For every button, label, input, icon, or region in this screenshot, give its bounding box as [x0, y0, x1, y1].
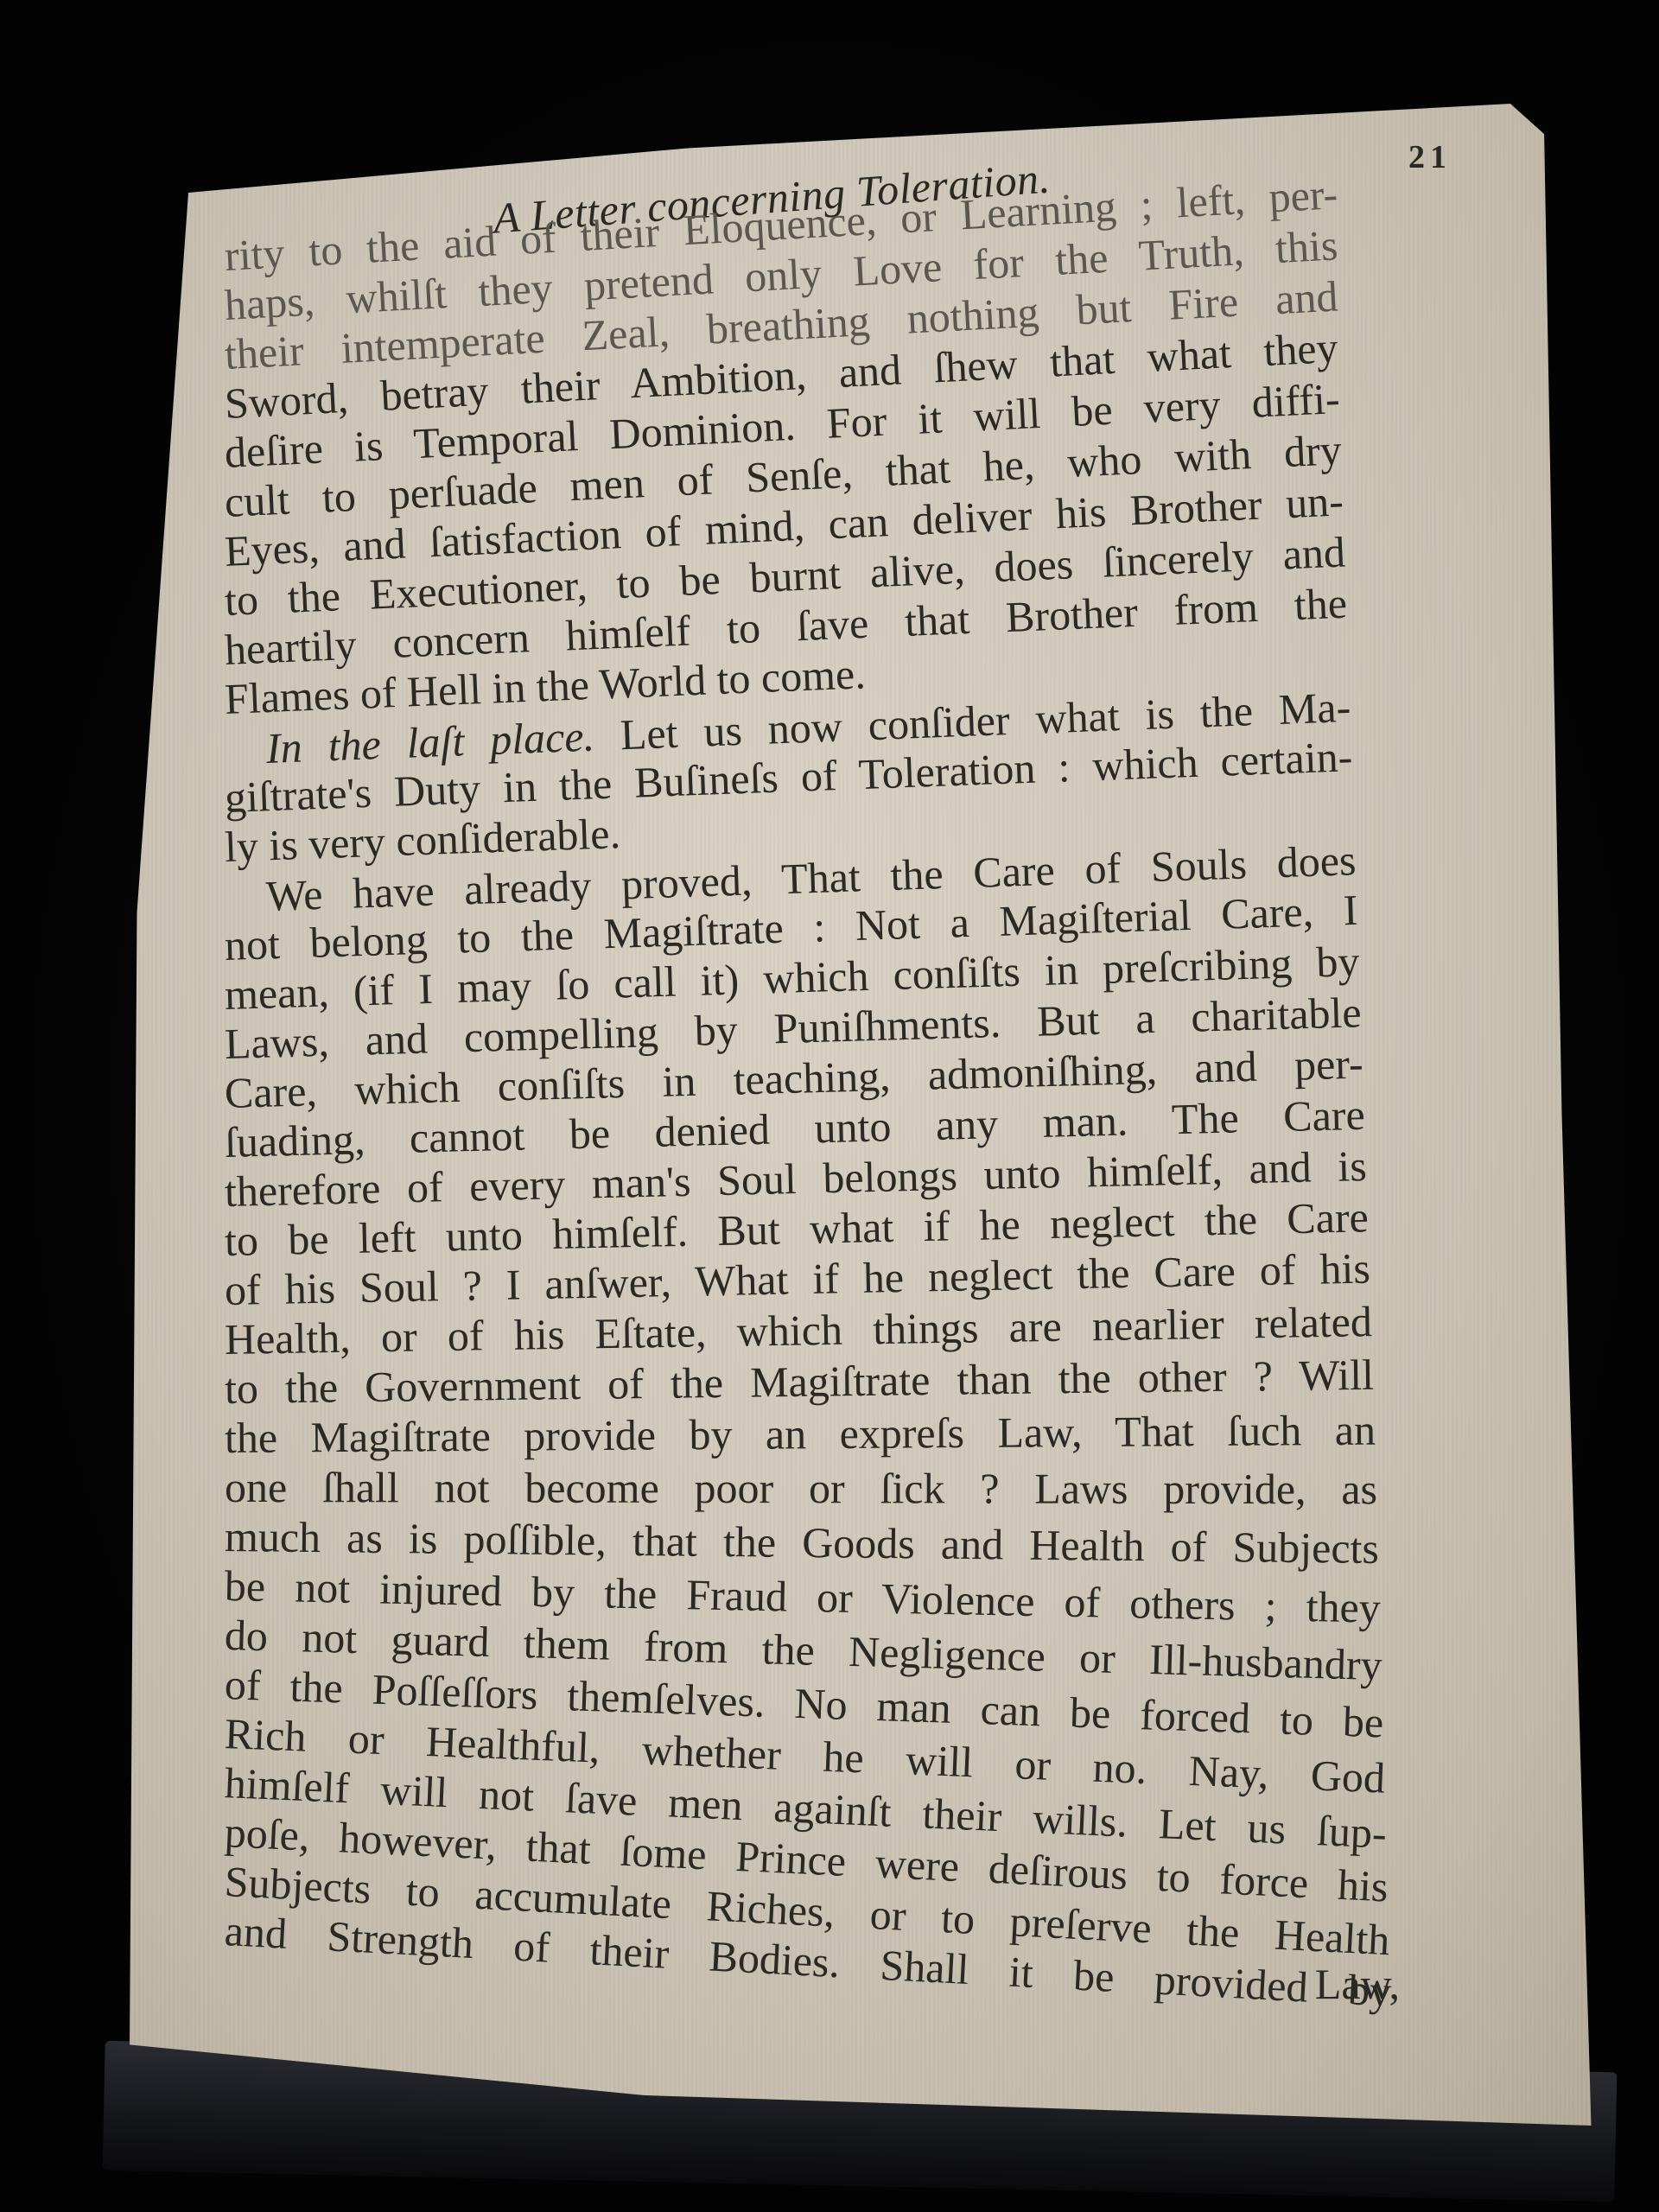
photo-background: A Letter concerning Toleration. 21 rity … — [0, 0, 1659, 2212]
text-line: Law, — [1296, 1960, 1400, 2009]
book-page: A Letter concerning Toleration. 21 rity … — [130, 104, 1599, 2126]
text-line: one ſhall not become poor or ſick ? Laws… — [225, 1463, 1377, 1514]
text-line: the Magiſtrate provide by an expreſs Law… — [225, 1406, 1376, 1463]
page-content: A Letter concerning Toleration. 21 rity … — [130, 104, 1599, 2126]
page-number: 21 — [1408, 138, 1452, 176]
